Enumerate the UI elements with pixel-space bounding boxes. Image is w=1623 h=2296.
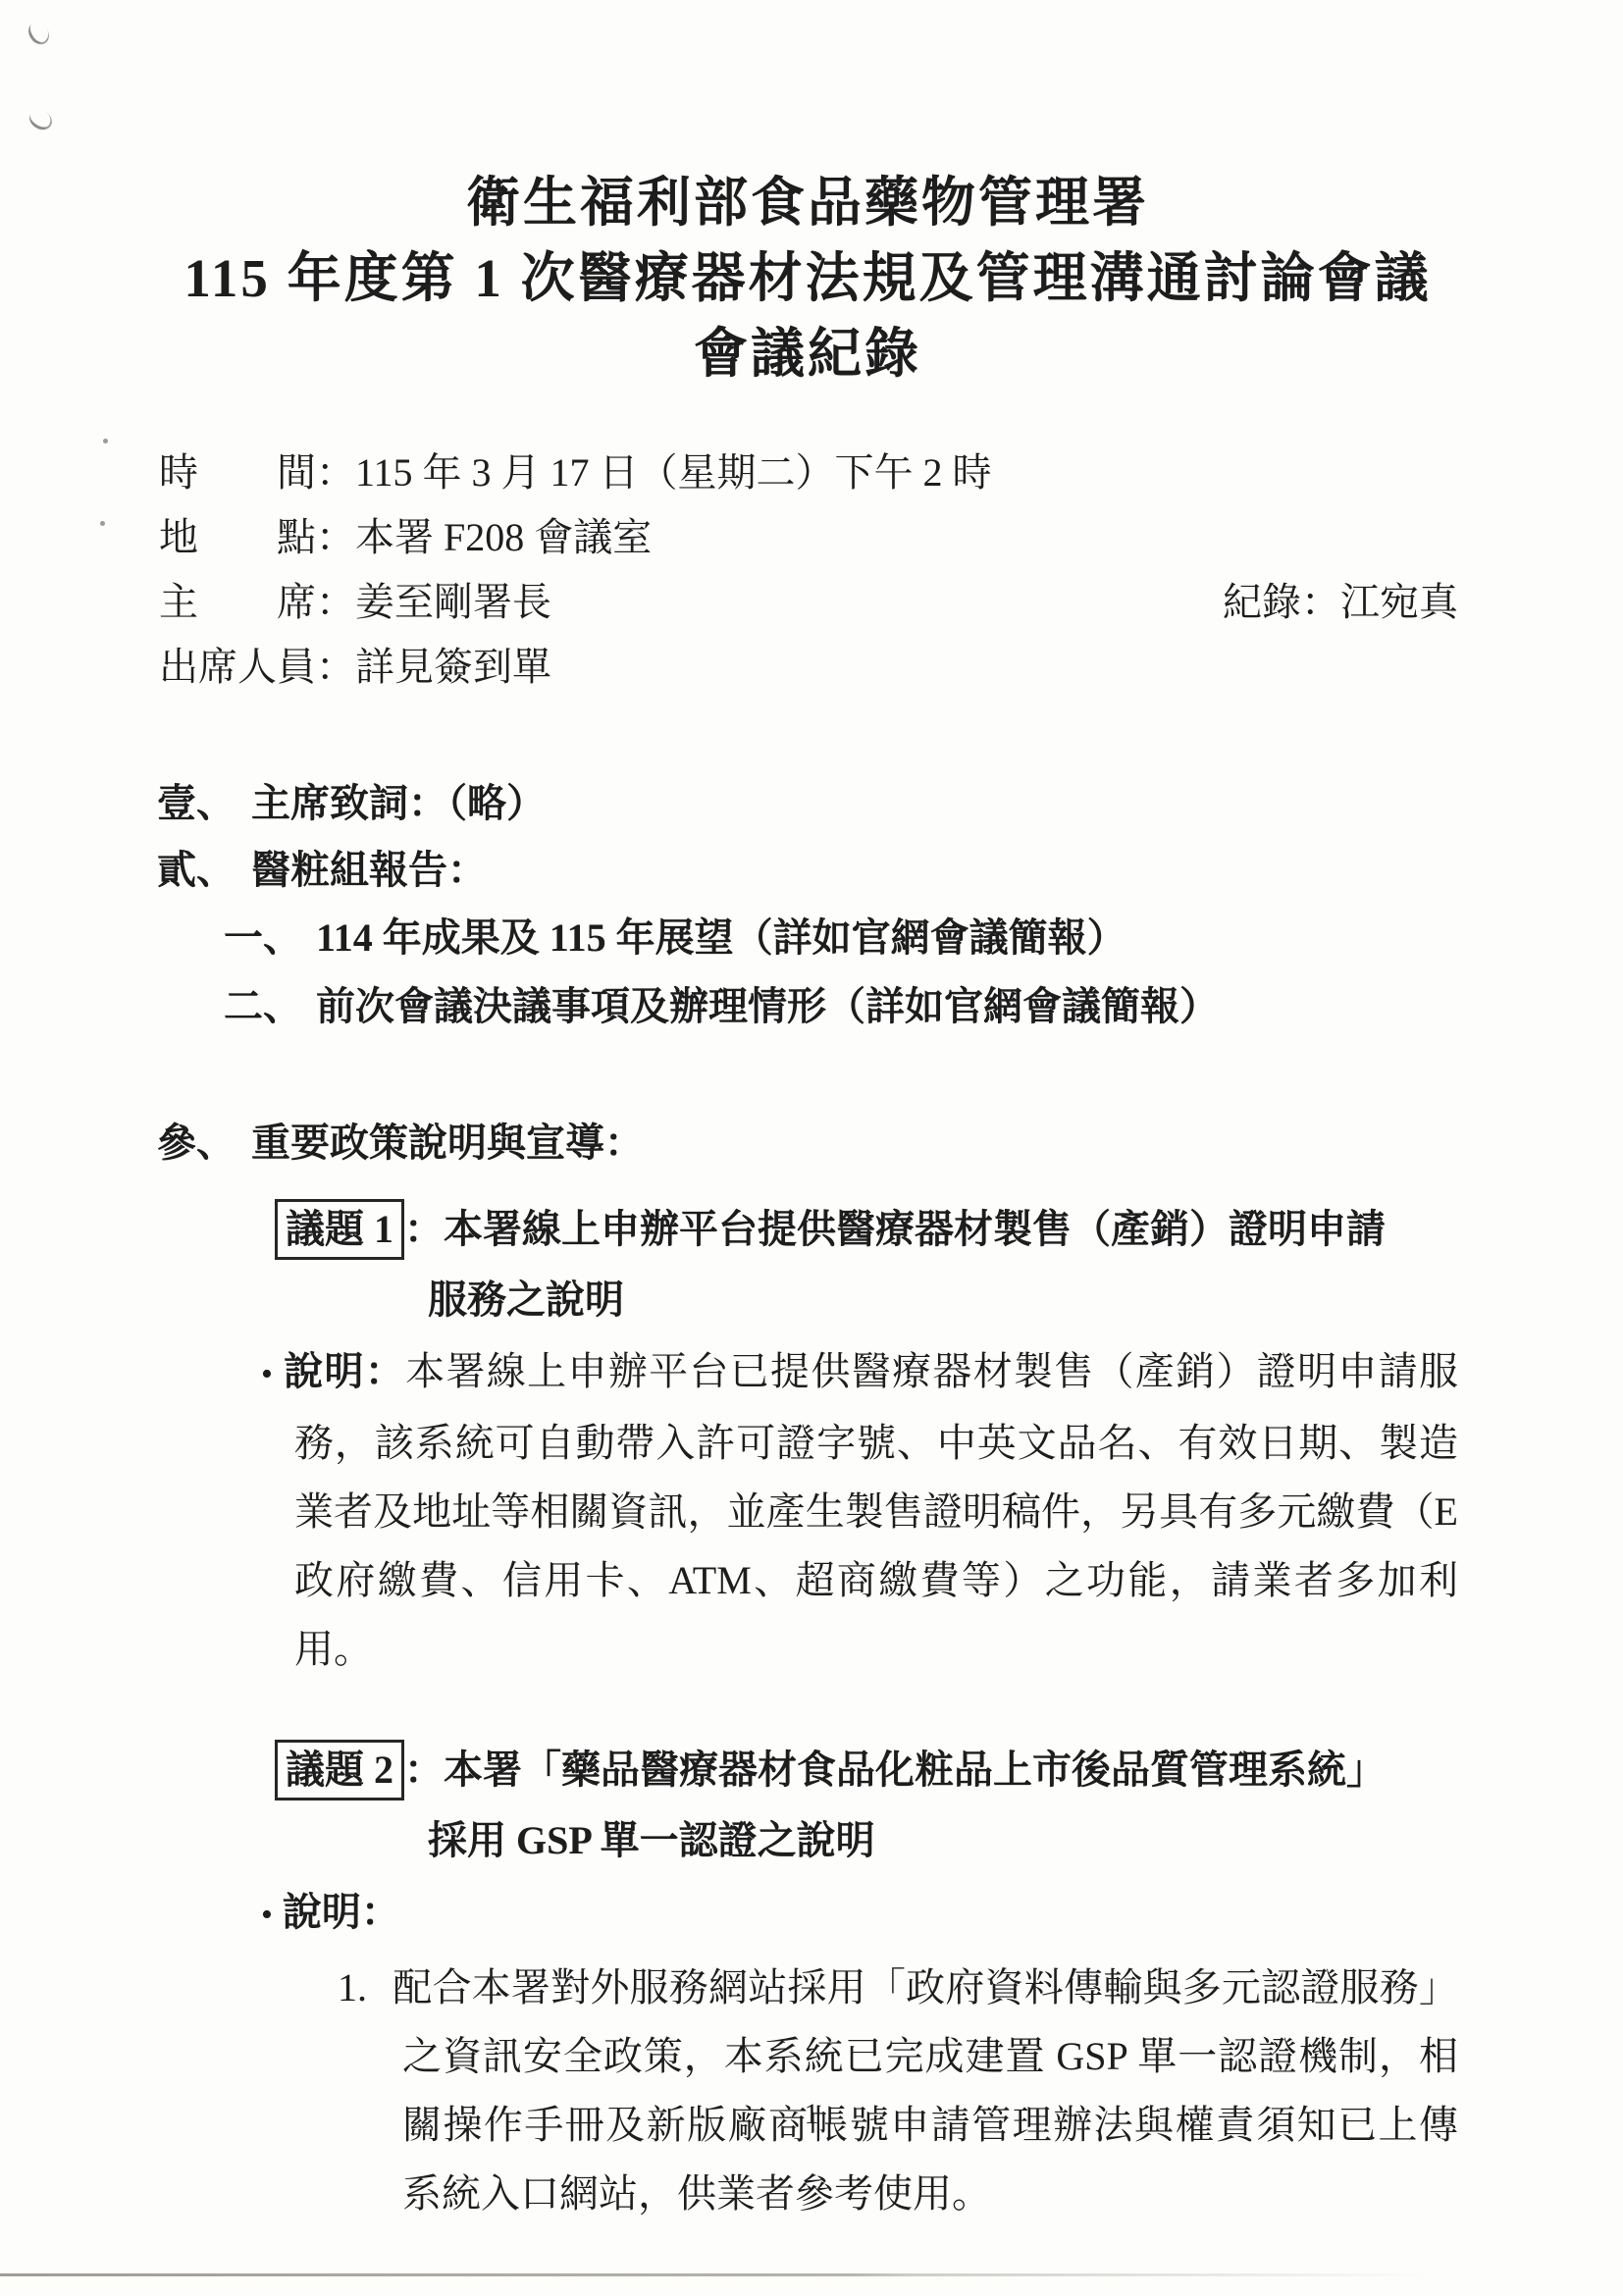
topic-2-title-line2: 採用 GSP 單一認證之說明 (428, 1805, 1458, 1876)
agenda-sections: 壹、 主席致詞：（略） 貳、 醫粧組報告： 一、 114 年成果及 115 年展… (157, 770, 1458, 2228)
scan-artifact-line (0, 2273, 1462, 2276)
item-text: 114 年成果及 115 年展望（詳如官網會議簡報） (316, 904, 1126, 972)
document-title: 衛生福利部食品藥物管理署 115 年度第 1 次醫療器材法規及管理溝通討論會議 … (157, 165, 1458, 391)
topic-1-heading: 議題 1：本署線上申辦平台提供醫療器材製售（產銷）證明申請 服務之說明 (275, 1194, 1458, 1335)
explanation-body: 本署線上申辦平台已提供醫療器材製售（產銷）證明申請服務，該系統可自動帶入許可證字… (294, 1349, 1458, 1671)
section-2-title: 醫粧組報告： (251, 837, 487, 904)
attendees-value: 詳見簽到單 (355, 635, 551, 700)
section-3-title: 重要政策說明與宣導： (251, 1110, 644, 1176)
section-2-heading: 貳、 醫粧組報告： (157, 837, 1458, 904)
recorder-credit: 紀錄：江宛真 (1223, 570, 1458, 635)
topic-1-title: ：本署線上申辦平台提供醫療器材製售（產銷）證明申請 (404, 1207, 1386, 1251)
topic-1-title-line2: 服務之說明 (428, 1265, 1458, 1335)
topic-1-explanation: • 說明：本署線上申辦平台已提供醫療器材製售（產銷）證明申請服務，該系統可自動帶… (157, 1337, 1458, 1684)
chair-label: 主 席： (159, 570, 355, 635)
list-item: 二、 前次會議決議事項及辦理情形（詳如官網會議簡報） (224, 972, 1458, 1041)
list-item: 一、 114 年成果及 115 年展望（詳如官網會議簡報） (224, 904, 1458, 972)
topic-2-numbered-item: 1.配合本署對外服務網站採用「政府資料傳輸與多元認證服務」之資訊安全政策，本系統… (157, 1954, 1458, 2228)
item-number: 1. (338, 1965, 393, 2009)
item-text: 前次會議決議事項及辦理情形（詳如官網會議簡報） (316, 972, 1219, 1041)
section-2-number: 貳、 (157, 837, 251, 904)
place-value: 本署 F208 會議室 (355, 505, 652, 570)
section-3-number: 參、 (157, 1110, 251, 1176)
scan-speck (103, 439, 108, 444)
chair-value: 姜至剛署長 (355, 570, 551, 635)
section-2-items: 一、 114 年成果及 115 年展望（詳如官網會議簡報） 二、 前次會議決議事… (224, 904, 1458, 1041)
section-1-title: 主席致詞：（略） (251, 770, 546, 837)
bullet-icon: • (261, 1356, 273, 1392)
item-number: 一、 (224, 904, 302, 972)
section-1-heading: 壹、 主席致詞：（略） (157, 770, 1458, 837)
time-value: 115 年 3 月 17 日（星期二）下午 2 時 (355, 441, 992, 505)
place-label: 地 點： (159, 505, 355, 570)
scan-speck (100, 521, 105, 526)
topic-2-badge: 議題 2 (275, 1740, 404, 1800)
title-agency: 衛生福利部食品藥物管理署 (157, 165, 1458, 240)
title-minutes-label: 會議紀錄 (157, 316, 1458, 391)
explanation-label: 說明： (283, 1890, 400, 1934)
title-meeting-name: 115 年度第 1 次醫療器材法規及管理溝通討論會議 (157, 240, 1458, 316)
time-label: 時 間： (159, 441, 355, 505)
meeting-meta: 時 間： 115 年 3 月 17 日（星期二）下午 2 時 地 點： 本署 F… (159, 441, 1458, 700)
topic-1-badge: 議題 1 (275, 1199, 404, 1260)
meta-chair-row: 主 席： 姜至剛署長 紀錄：江宛真 (159, 570, 1458, 635)
section-1-number: 壹、 (157, 770, 251, 837)
topic-2-explanation-label-line: • 說明： (157, 1878, 1458, 1950)
item-number: 二、 (224, 972, 302, 1041)
meta-attendees-row: 出席人員： 詳見簽到單 (159, 635, 1458, 700)
topic-2-heading: 議題 2：本署「藥品醫療器材食品化粧品上市後品質管理系統」 採用 GSP 單一認… (275, 1735, 1458, 1876)
attendees-label: 出席人員： (159, 635, 355, 700)
meta-time-row: 時 間： 115 年 3 月 17 日（星期二）下午 2 時 (159, 441, 1458, 505)
item-text: 配合本署對外服務網站採用「政府資料傳輸與多元認證服務」之資訊安全政策，本系統已完… (393, 1965, 1458, 2216)
document-page: 衛生福利部食品藥物管理署 115 年度第 1 次醫療器材法規及管理溝通討論會議 … (0, 0, 1623, 2296)
explanation-label: 說明： (284, 1349, 405, 1393)
section-3-heading: 參、 重要政策說明與宣導： (157, 1110, 1458, 1176)
topic-2-title: ：本署「藥品醫療器材食品化粧品上市後品質管理系統」 (404, 1748, 1386, 1792)
page-number: 1 (0, 2098, 1623, 2131)
document-content: 衛生福利部食品藥物管理署 115 年度第 1 次醫療器材法規及管理溝通討論會議 … (0, 0, 1623, 2228)
meta-place-row: 地 點： 本署 F208 會議室 (159, 505, 1458, 570)
bullet-icon: • (261, 1897, 273, 1933)
